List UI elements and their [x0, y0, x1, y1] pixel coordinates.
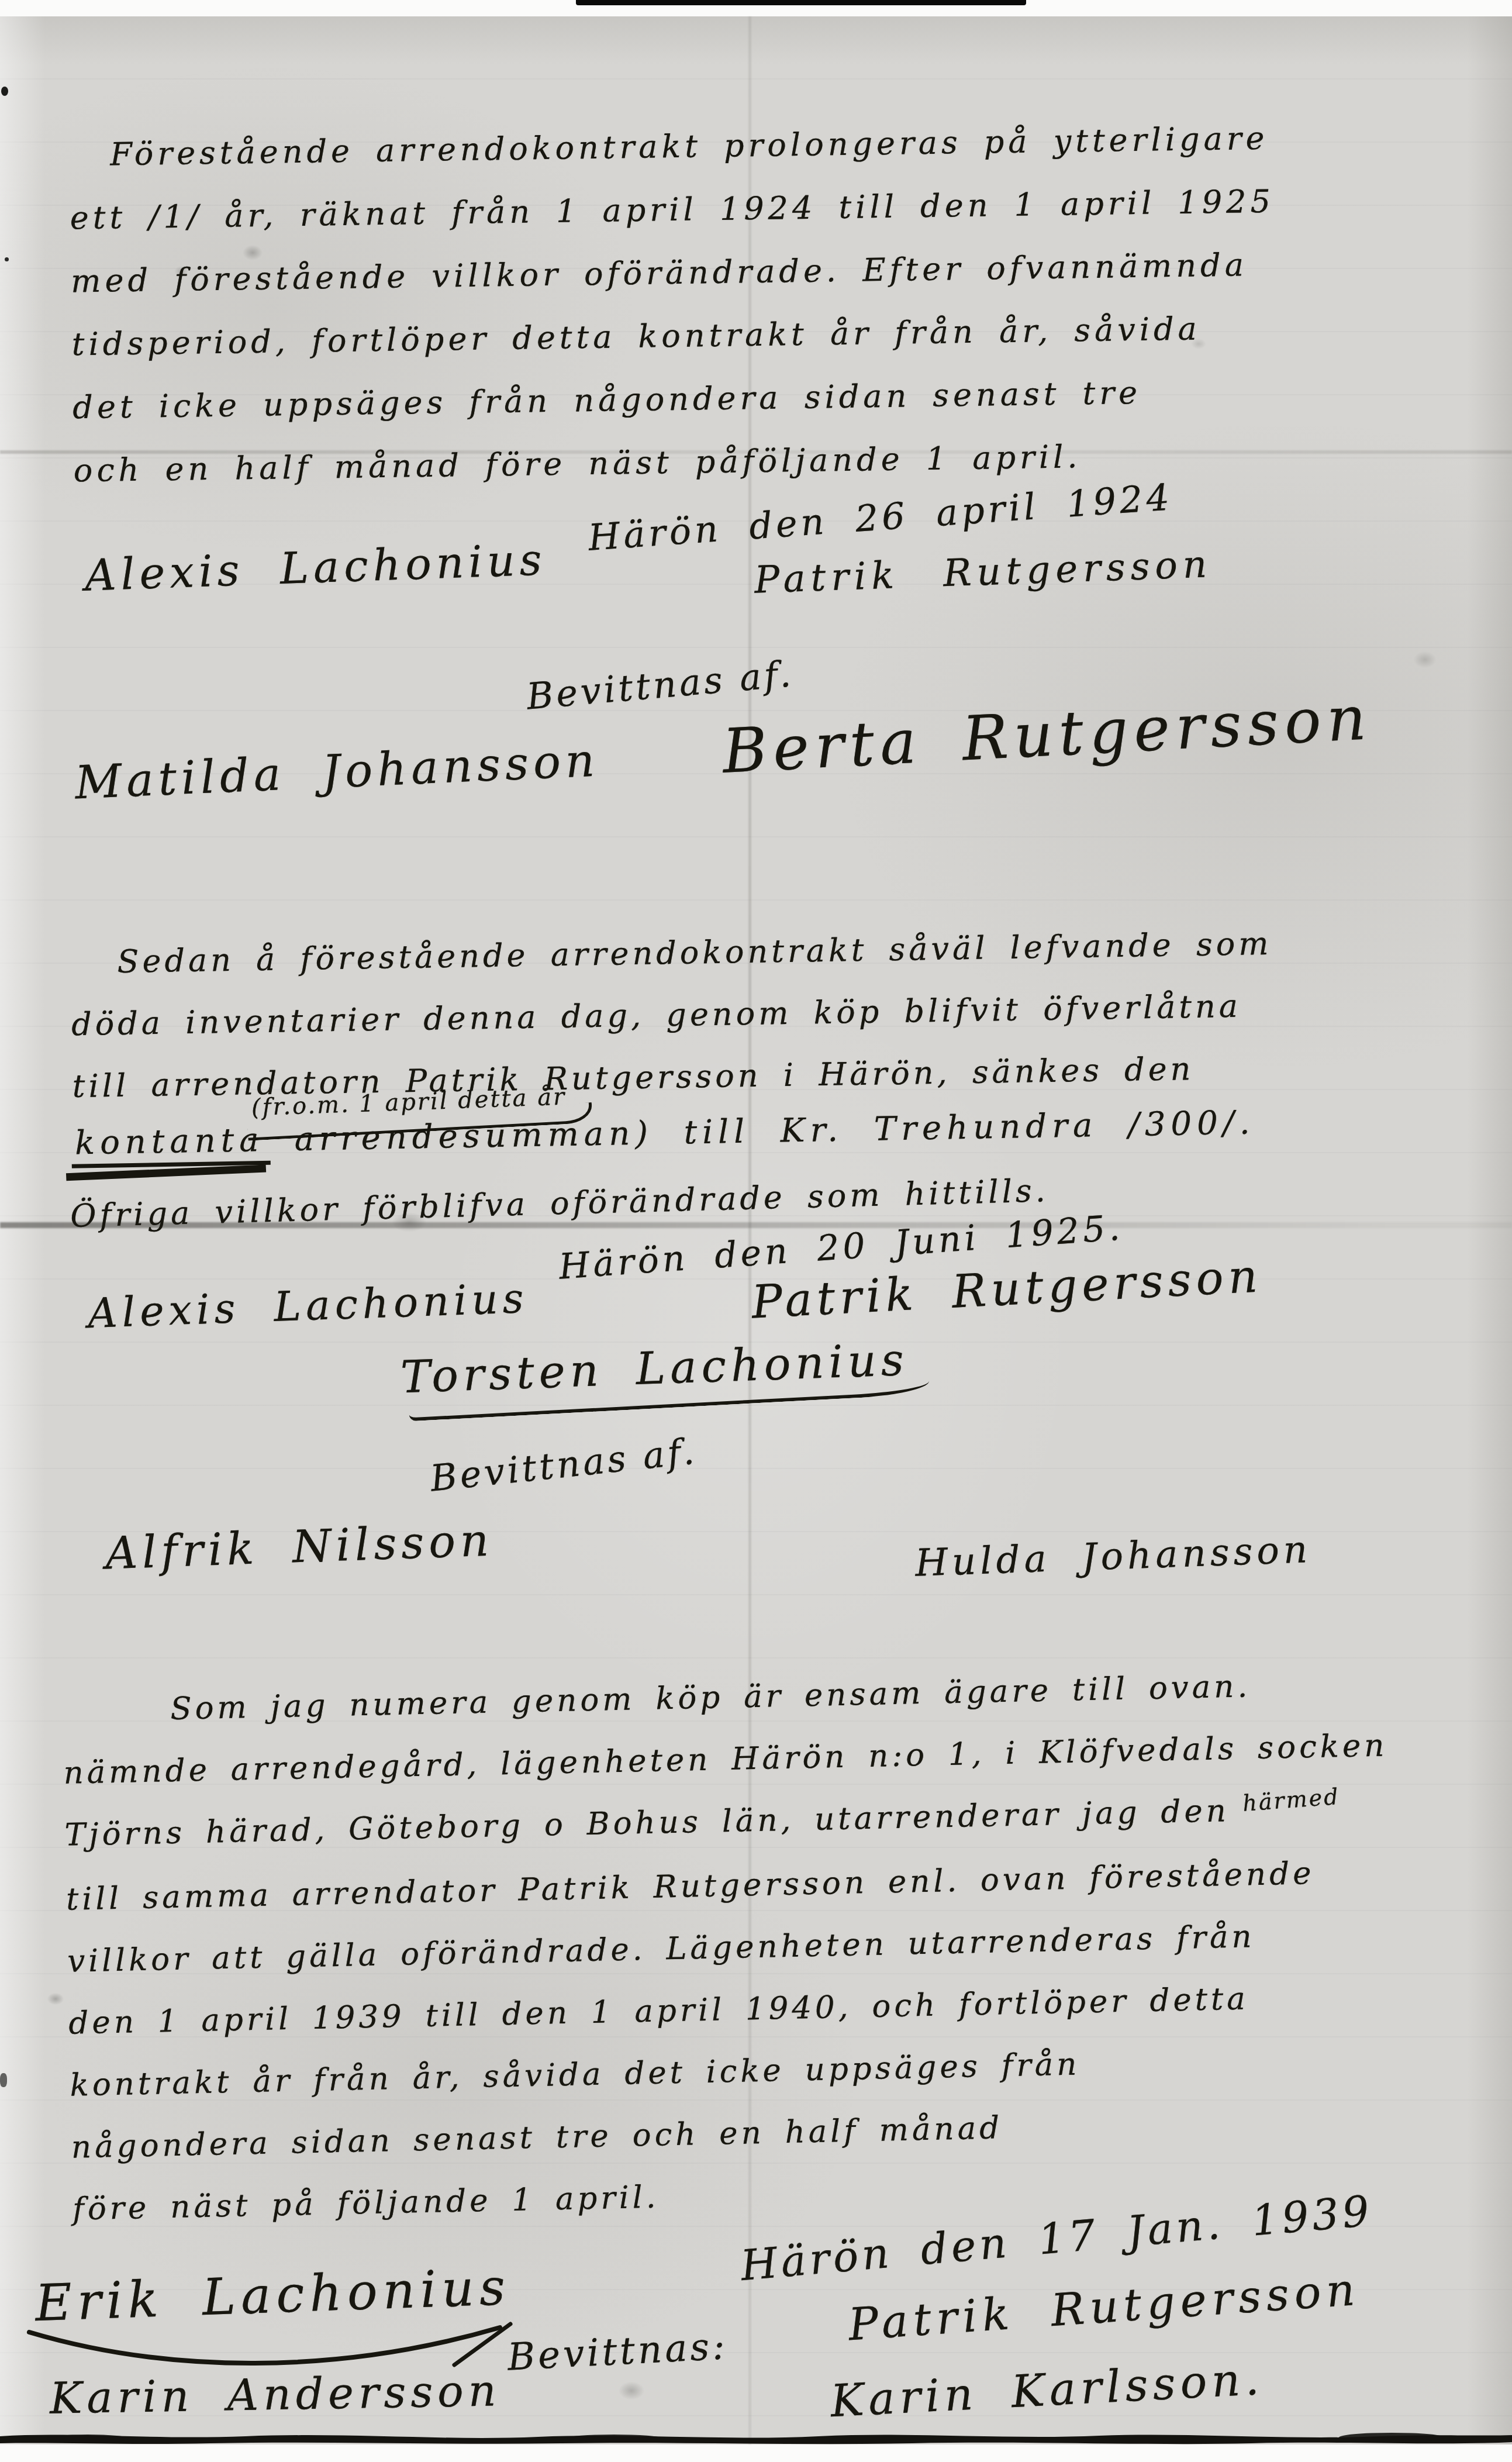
- witness-karin-andersson: Karin Andersson: [49, 2366, 501, 2423]
- ink-speck: [1, 87, 8, 96]
- scanned-document: Förestående arrendokontrakt prolongeras …: [0, 0, 1512, 2462]
- torn-bottom-edge: [0, 2428, 1512, 2448]
- inline-insertion-harmed: härmed: [1240, 1766, 1342, 1835]
- ink-speck: [5, 257, 9, 261]
- clause-1924-prolongation: Förestående arrendokontrakt prolongeras …: [69, 107, 1279, 503]
- scan-edge-mark-top: [576, 0, 1026, 5]
- clause-1939-new-lease: Som jag numera genom köp är ensam ägare …: [61, 1653, 1397, 2240]
- ink-speck: [0, 2073, 7, 2087]
- clause-1925-amendment: Sedan å förestående arrendokontrakt såvä…: [70, 913, 1275, 1118]
- text-line-main: Tjörns härad, Göteborg o Bohus län, utar…: [64, 1793, 1230, 1853]
- underlined-word-kontanta: kontanta: [75, 1121, 265, 1163]
